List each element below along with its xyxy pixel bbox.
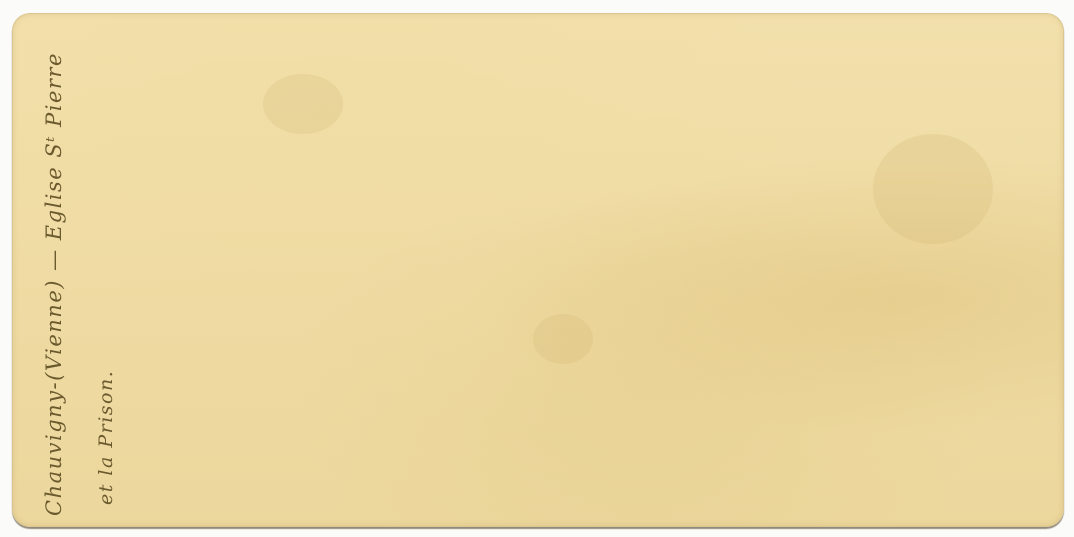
age-stain [873, 134, 993, 244]
stereoview-card-back [12, 13, 1064, 527]
age-stain [533, 314, 593, 364]
handwritten-caption-line-2: et la Prison. [95, 370, 117, 505]
handwritten-caption-line-1: Chauvigny-(Vienne) — Eglise Sᵗ Pierre [42, 52, 66, 516]
age-stain [263, 74, 343, 134]
